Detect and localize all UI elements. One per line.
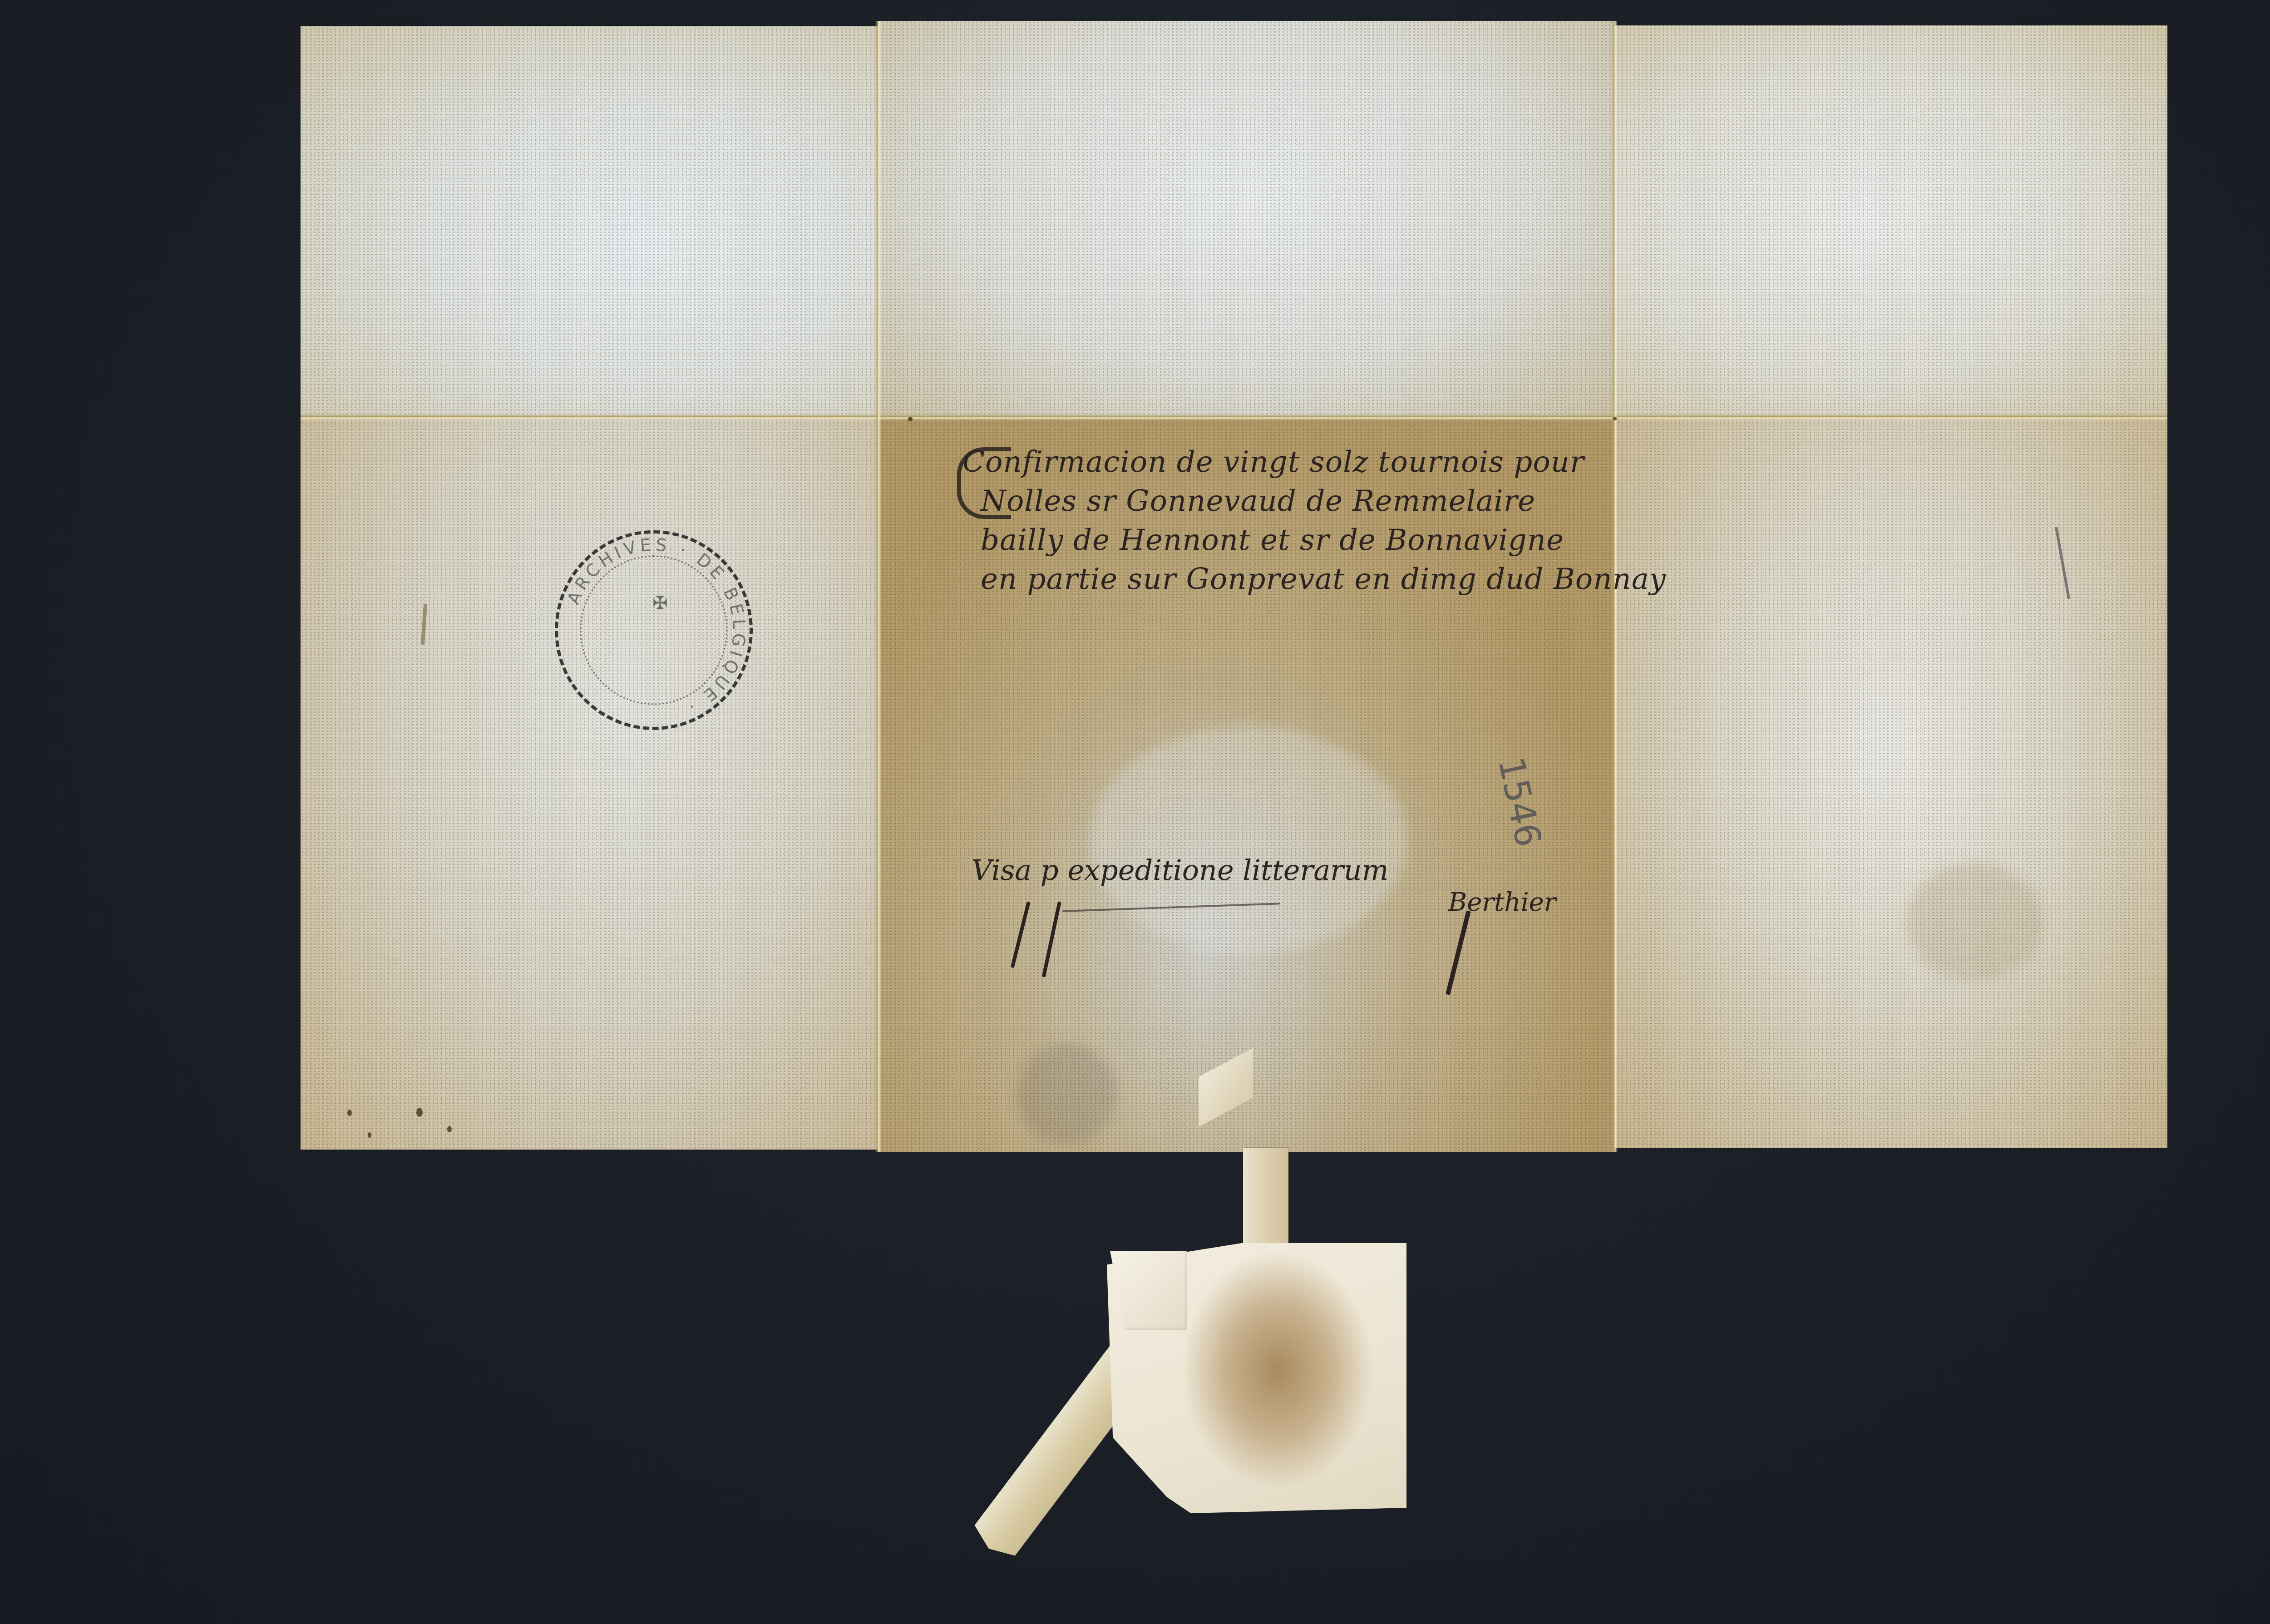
clerk-signature: Berthier [1448,888,1556,917]
ink-spot [347,1110,352,1116]
pin-hole [908,417,913,421]
ink-spot [416,1108,423,1117]
seal-tag-strip [1243,1148,1288,1243]
panel-bottom-left [301,418,878,1150]
panel-top-middle [878,21,1614,418]
archive-stamp: ARCHIVES · DE BELGIQUE · ✠ [555,530,753,730]
ink-spot [447,1126,452,1132]
water-stain [1907,863,2043,981]
ink-spot [368,1132,371,1138]
endorsement-line-3: bailly de Hennont et sr de Bonnavigne [962,521,1607,560]
endorsement-line-2: Nolles sr Gonnevaud de Remmelaire [962,482,1607,521]
panel-bottom-right [1614,418,2167,1148]
endorsement-line-1: Confirmacion de vingt solz tournois pour [962,443,1607,482]
water-stain [1017,1044,1117,1144]
panel-top-right [1614,25,2167,418]
endorsement-text: Confirmacion de vingt solz tournois pour… [962,443,1607,599]
panel-top-left [301,26,878,418]
endorsement-line-4: en partie sur Gonprevat en dimg dud Bonn… [962,560,1607,599]
pin-hole [1613,417,1617,420]
horizontal-fold-line [301,414,2167,420]
archive-stamp-emblem: ✠ [626,592,694,670]
worn-area [1090,726,1407,953]
left-vertical-fold-line [875,21,881,1152]
expedition-note: Visa p expeditione litterarum [972,854,1389,887]
